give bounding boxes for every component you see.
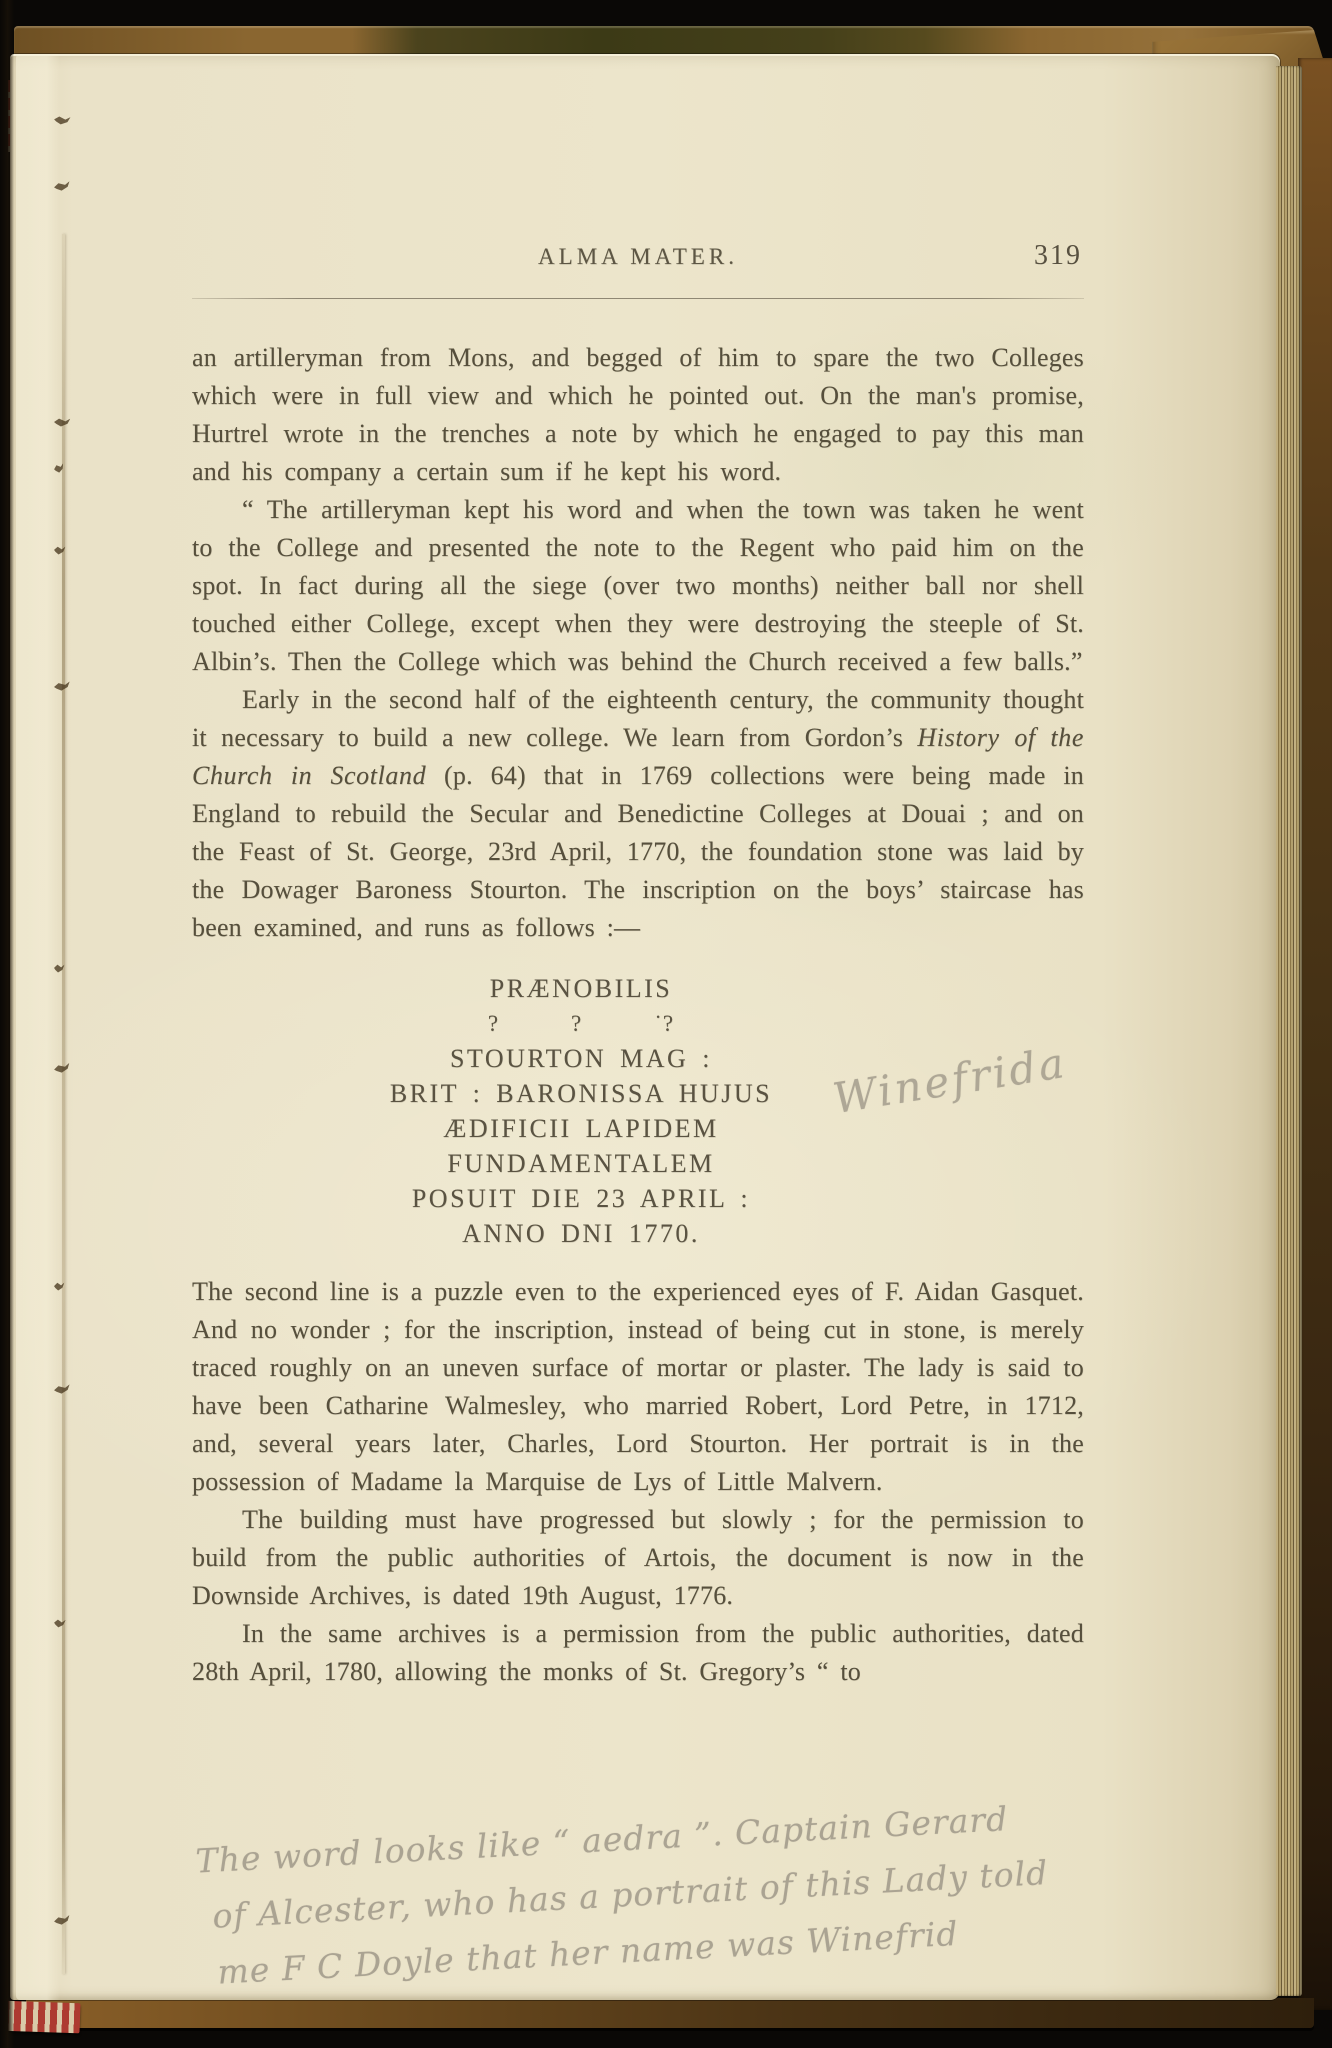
- paragraph-1: an artilleryman from Mons, and begged of…: [192, 339, 1084, 491]
- paragraph-2: “ The artilleryman kept his word and whe…: [192, 491, 1084, 681]
- paragraph-6: In the same archives is a permission fro…: [192, 1615, 1084, 1691]
- scanned-book-photo: ALMA MATER. 319 an artilleryman from Mon…: [0, 0, 1332, 2048]
- scan-left-shadow: [0, 0, 14, 2048]
- book-cover-bottom-edge: [26, 1998, 1314, 2028]
- paragraph-5: The building must have progressed but sl…: [192, 1501, 1084, 1615]
- body-text: an artilleryman from Mons, and begged of…: [192, 339, 1084, 1691]
- inscription-line-question-marks: ? ? ˙?: [192, 1006, 970, 1041]
- inscription-line: POSUIT DIE 23 APRIL :: [192, 1181, 970, 1216]
- binding-seam: [62, 234, 65, 1974]
- underlying-page-edge: [16, 54, 60, 2000]
- header-rule: [192, 298, 1084, 299]
- book-page: ALMA MATER. 319 an artilleryman from Mon…: [10, 54, 1280, 2000]
- printed-page-content: ALMA MATER. 319 an artilleryman from Mon…: [192, 244, 1084, 1691]
- paragraph-4: The second line is a puzzle even to the …: [192, 1273, 1084, 1501]
- pencil-footnote: The word looks like “ aedra ”. Captain G…: [194, 1787, 1102, 2002]
- inscription-line: ANNO DNI 1770.: [192, 1216, 970, 1251]
- inscription-line: PRÆNOBILIS: [192, 971, 970, 1006]
- page-title: ALMA MATER.: [192, 244, 1084, 270]
- page-number: 319: [1034, 240, 1082, 272]
- inscription-line: FUNDAMENTALEM: [192, 1146, 970, 1181]
- page-fore-edge-stack: [1276, 66, 1302, 1996]
- running-header: ALMA MATER. 319: [192, 244, 1084, 278]
- paragraph-3: Early in the second half of the eighteen…: [192, 681, 1084, 947]
- book-cover-right-edge: [1298, 58, 1332, 2010]
